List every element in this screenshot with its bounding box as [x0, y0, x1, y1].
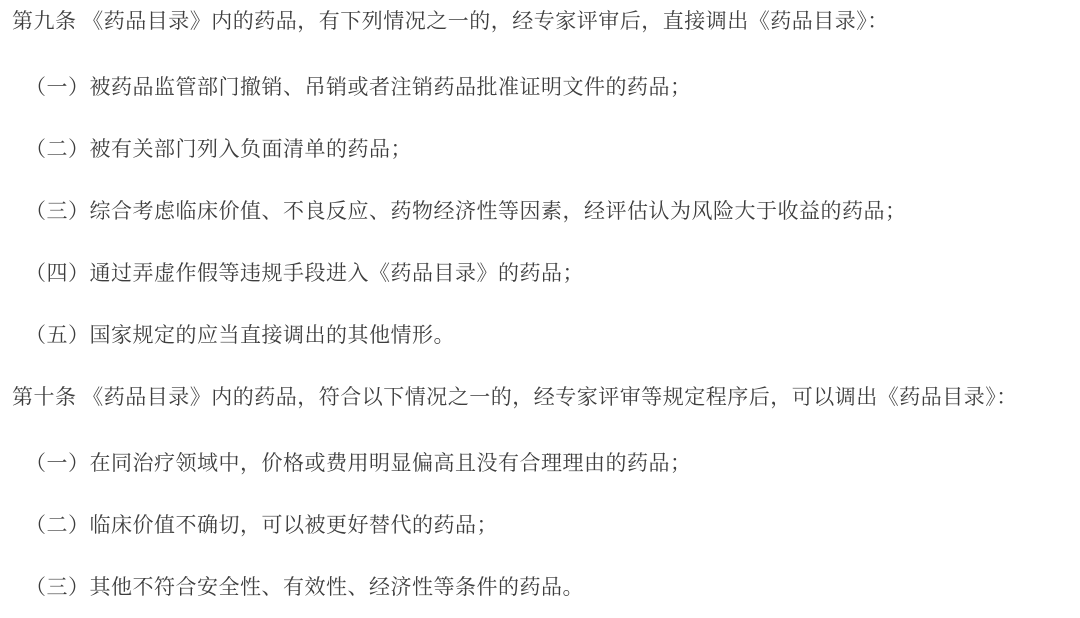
article-10-heading-paragraph: 第十条 《药品目录》内的药品，符合以下情况之一的，经专家评审等规定程序后，可以调… — [12, 384, 1072, 410]
article-9-item-1-paragraph: （一）被药品监管部门撤销、吊销或者注销药品批准证明文件的药品； — [25, 74, 1072, 100]
article-10-item-2-paragraph: （二）临床价值不确切，可以被更好替代的药品； — [25, 512, 1072, 538]
article-10-item-3-paragraph: （三）其他不符合安全性、有效性、经济性等条件的药品。 — [25, 574, 1072, 600]
article-9-item-4-paragraph: （四）通过弄虚作假等违规手段进入《药品目录》的药品； — [25, 260, 1072, 286]
article-9-heading-paragraph: 第九条 《药品目录》内的药品，有下列情况之一的，经专家评审后，直接调出《药品目录… — [12, 8, 1072, 34]
document-page: 第九条 《药品目录》内的药品，有下列情况之一的，经专家评审后，直接调出《药品目录… — [0, 0, 1080, 618]
article-9-item-3-paragraph: （三）综合考虑临床价值、不良反应、药物经济性等因素，经评估认为风险大于收益的药品… — [25, 198, 1072, 224]
article-10-item-1-paragraph: （一）在同治疗领域中，价格或费用明显偏高且没有合理理由的药品； — [25, 450, 1072, 476]
article-9-item-5-paragraph: （五）国家规定的应当直接调出的其他情形。 — [25, 322, 1072, 348]
article-9-item-2-paragraph: （二）被有关部门列入负面清单的药品； — [25, 136, 1072, 162]
